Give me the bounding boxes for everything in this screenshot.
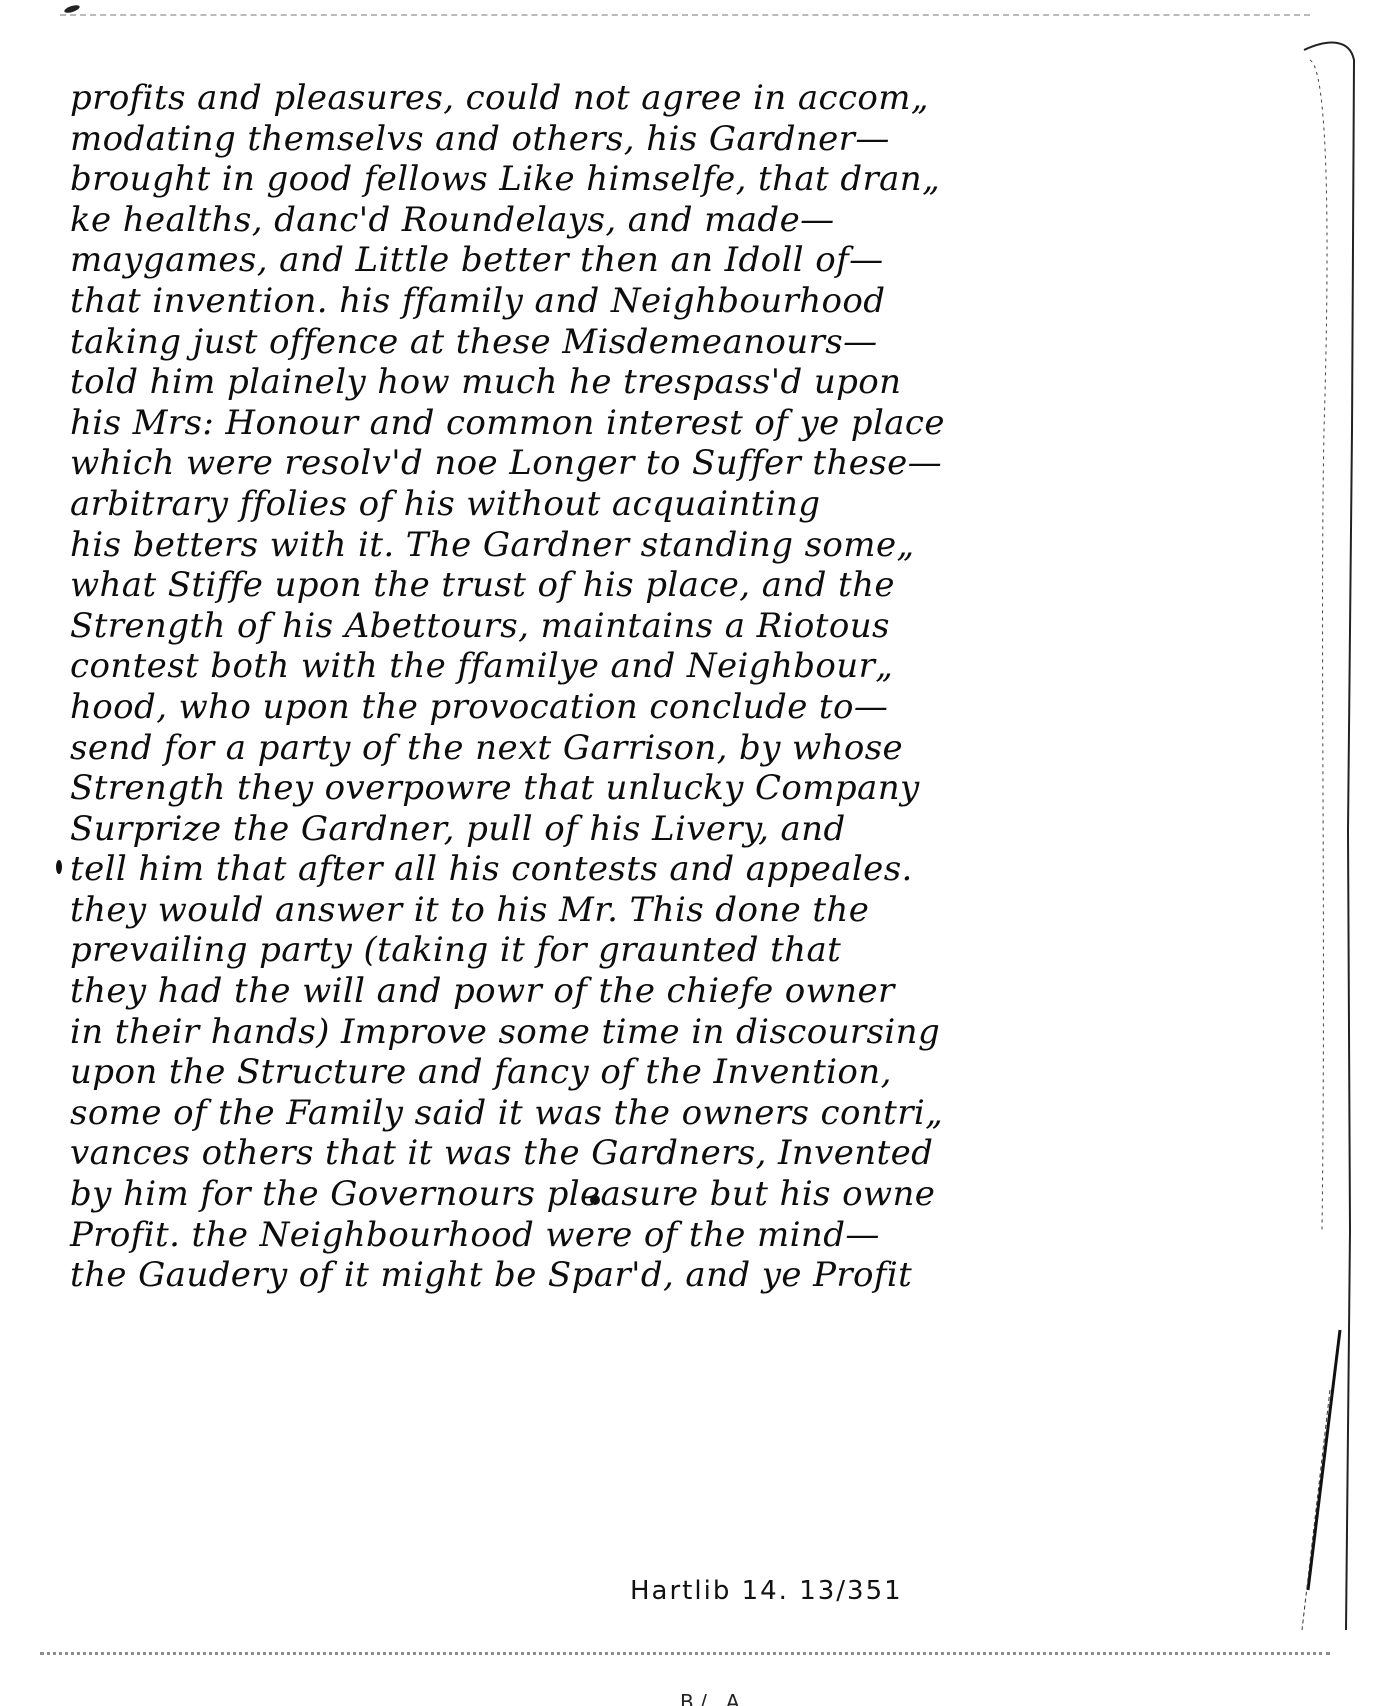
manuscript-line: told him plainely how much he trespass'd… [70,362,1070,403]
manuscript-line: brought in good fellows Like himselfe, t… [70,159,1070,200]
manuscript-line: by him for the Governours pleasure but h… [70,1174,1070,1215]
manuscript-line: vances others that it was the Gardners, … [70,1133,1070,1174]
manuscript-line: they would answer it to his Mr. This don… [70,890,1070,931]
manuscript-line: that invention. his ffamily and Neighbou… [70,281,1070,322]
manuscript-line: prevailing party (taking it for graunted… [70,930,1070,971]
manuscript-line: hood, who upon the provocation conclude … [70,687,1070,728]
scan-top-edge [60,14,1310,18]
manuscript-line: Profit. the Neighbourhood were of the mi… [70,1215,1070,1256]
manuscript-line: taking just offence at these Misdemeanou… [70,322,1070,363]
manuscript-line: some of the Family said it was the owner… [70,1093,1070,1134]
manuscript-line: his Mrs: Honour and common interest of y… [70,403,1070,444]
manuscript-line: Surprize the Gardner, pull of his Livery… [70,809,1070,850]
manuscript-line: profits and pleasures, could not agree i… [70,78,1070,119]
ink-mark [63,4,80,15]
manuscript-line: contest both with the ffamilye and Neigh… [70,646,1070,687]
manuscript-line: upon the Structure and fancy of the Inve… [70,1052,1070,1093]
manuscript-line: modating themselvs and others, his Gardn… [70,119,1070,160]
manuscript-line: send for a party of the next Garrison, b… [70,728,1070,769]
manuscript-page: profits and pleasures, could not agree i… [0,0,1392,1706]
manuscript-line: they had the will and powr of the chiefe… [70,971,1070,1012]
bottom-fragment-text: B / . A [680,1690,740,1706]
manuscript-text: profits and pleasures, could not agree i… [70,78,1070,1296]
ink-blot [590,1195,600,1205]
manuscript-line: what Stiffe upon the trust of his place,… [70,565,1070,606]
manuscript-line: Strength they overpowre that unlucky Com… [70,768,1070,809]
manuscript-line: tell him that after all his contests and… [70,849,1070,890]
manuscript-line: arbitrary ffolies of his without acquain… [70,484,1070,525]
manuscript-line: which were resolv'd noe Longer to Suffer… [70,443,1070,484]
manuscript-line: in their hands) Improve some time in dis… [70,1012,1070,1053]
ink-blot [56,860,62,874]
archive-catalog-mark: Hartlib 14. 13/351 [630,1576,903,1606]
torn-right-edge [1300,30,1360,1650]
manuscript-line: the Gaudery of it might be Spar'd, and y… [70,1255,1070,1296]
manuscript-line: Strength of his Abettours, maintains a R… [70,606,1070,647]
scan-bottom-edge [40,1652,1330,1657]
manuscript-line: maygames, and Little better then an Idol… [70,240,1070,281]
manuscript-line: ke healths, danc'd Roundelays, and made— [70,200,1070,241]
manuscript-line: his betters with it. The Gardner standin… [70,525,1070,566]
